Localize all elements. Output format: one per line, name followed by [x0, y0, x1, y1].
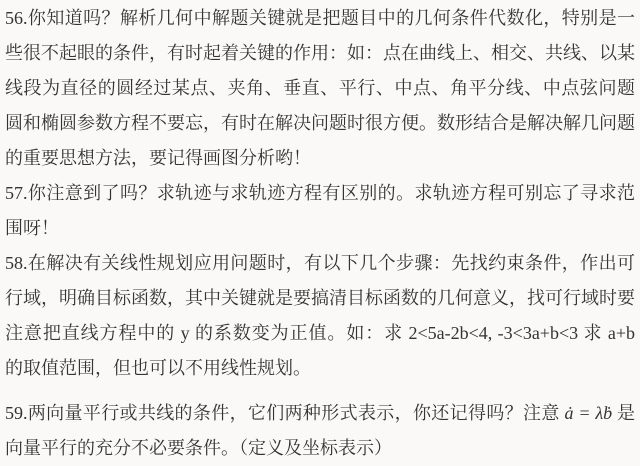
text-line: 向量平行的充分不必要条件。（定义及坐标表示）	[5, 431, 635, 466]
text-line: 些很不起眼的条件，有时起着关键的作用：如：点在曲线上、相交、共线、以某	[5, 36, 635, 71]
text-line: 行域，明确目标函数，其中关键就是要搞清目标函数的几何意义，找可行域时要	[5, 281, 635, 316]
vector-equation: ȧ = λḃ	[565, 403, 613, 423]
text-line: 57.你注意到了吗？求轨迹与求轨迹方程有区别的。求轨迹方程可别忘了寻求范	[5, 176, 635, 211]
text-line: 围呀！	[5, 211, 635, 246]
text-line: 的重要思想方法，要记得画图分析哟！	[5, 141, 635, 176]
note-58: 58.在解决有关线性规划应用问题时，有以下几个步骤：先找约束条件，作出可 行域，…	[5, 246, 635, 386]
text-line: 56.你知道吗？解析几何中解题关键就是把题目中的几何条件代数化，特别是一	[5, 1, 635, 36]
text-line-with-inequality: 注意把直线方程中的 y 的系数变为正值。如：求 2<5a-2b<4, -3<3a…	[5, 316, 635, 351]
document-page: 56.你知道吗？解析几何中解题关键就是把题目中的几何条件代数化，特别是一 些很不…	[0, 0, 640, 466]
text-line: 线段为直径的圆经过某点、夹角、垂直、平行、中点、角平分线、中点弦问题等。	[5, 71, 635, 106]
note-56: 56.你知道吗？解析几何中解题关键就是把题目中的几何条件代数化，特别是一 些很不…	[5, 1, 635, 176]
note-59: 59.两向量平行或共线的条件，它们两种形式表示，你还记得吗？注意 ȧ = λḃ …	[5, 396, 635, 466]
text-line: 的取值范围，但也可以不用线性规划。	[5, 351, 635, 386]
formula-prefix-text: 59.两向量平行或共线的条件，它们两种形式表示，你还记得吗？注意	[5, 403, 565, 423]
note-57: 57.你注意到了吗？求轨迹与求轨迹方程有区别的。求轨迹方程可别忘了寻求范 围呀！	[5, 176, 635, 246]
formula-suffix-text: 是	[612, 403, 635, 423]
text-line: 圆和椭圆参数方程不要忘，有时在解决问题时很方便。数形结合是解决解几问题	[5, 106, 635, 141]
text-line: 58.在解决有关线性规划应用问题时，有以下几个步骤：先找约束条件，作出可	[5, 246, 635, 281]
text-line-with-formula: 59.两向量平行或共线的条件，它们两种形式表示，你还记得吗？注意 ȧ = λḃ …	[5, 396, 635, 431]
